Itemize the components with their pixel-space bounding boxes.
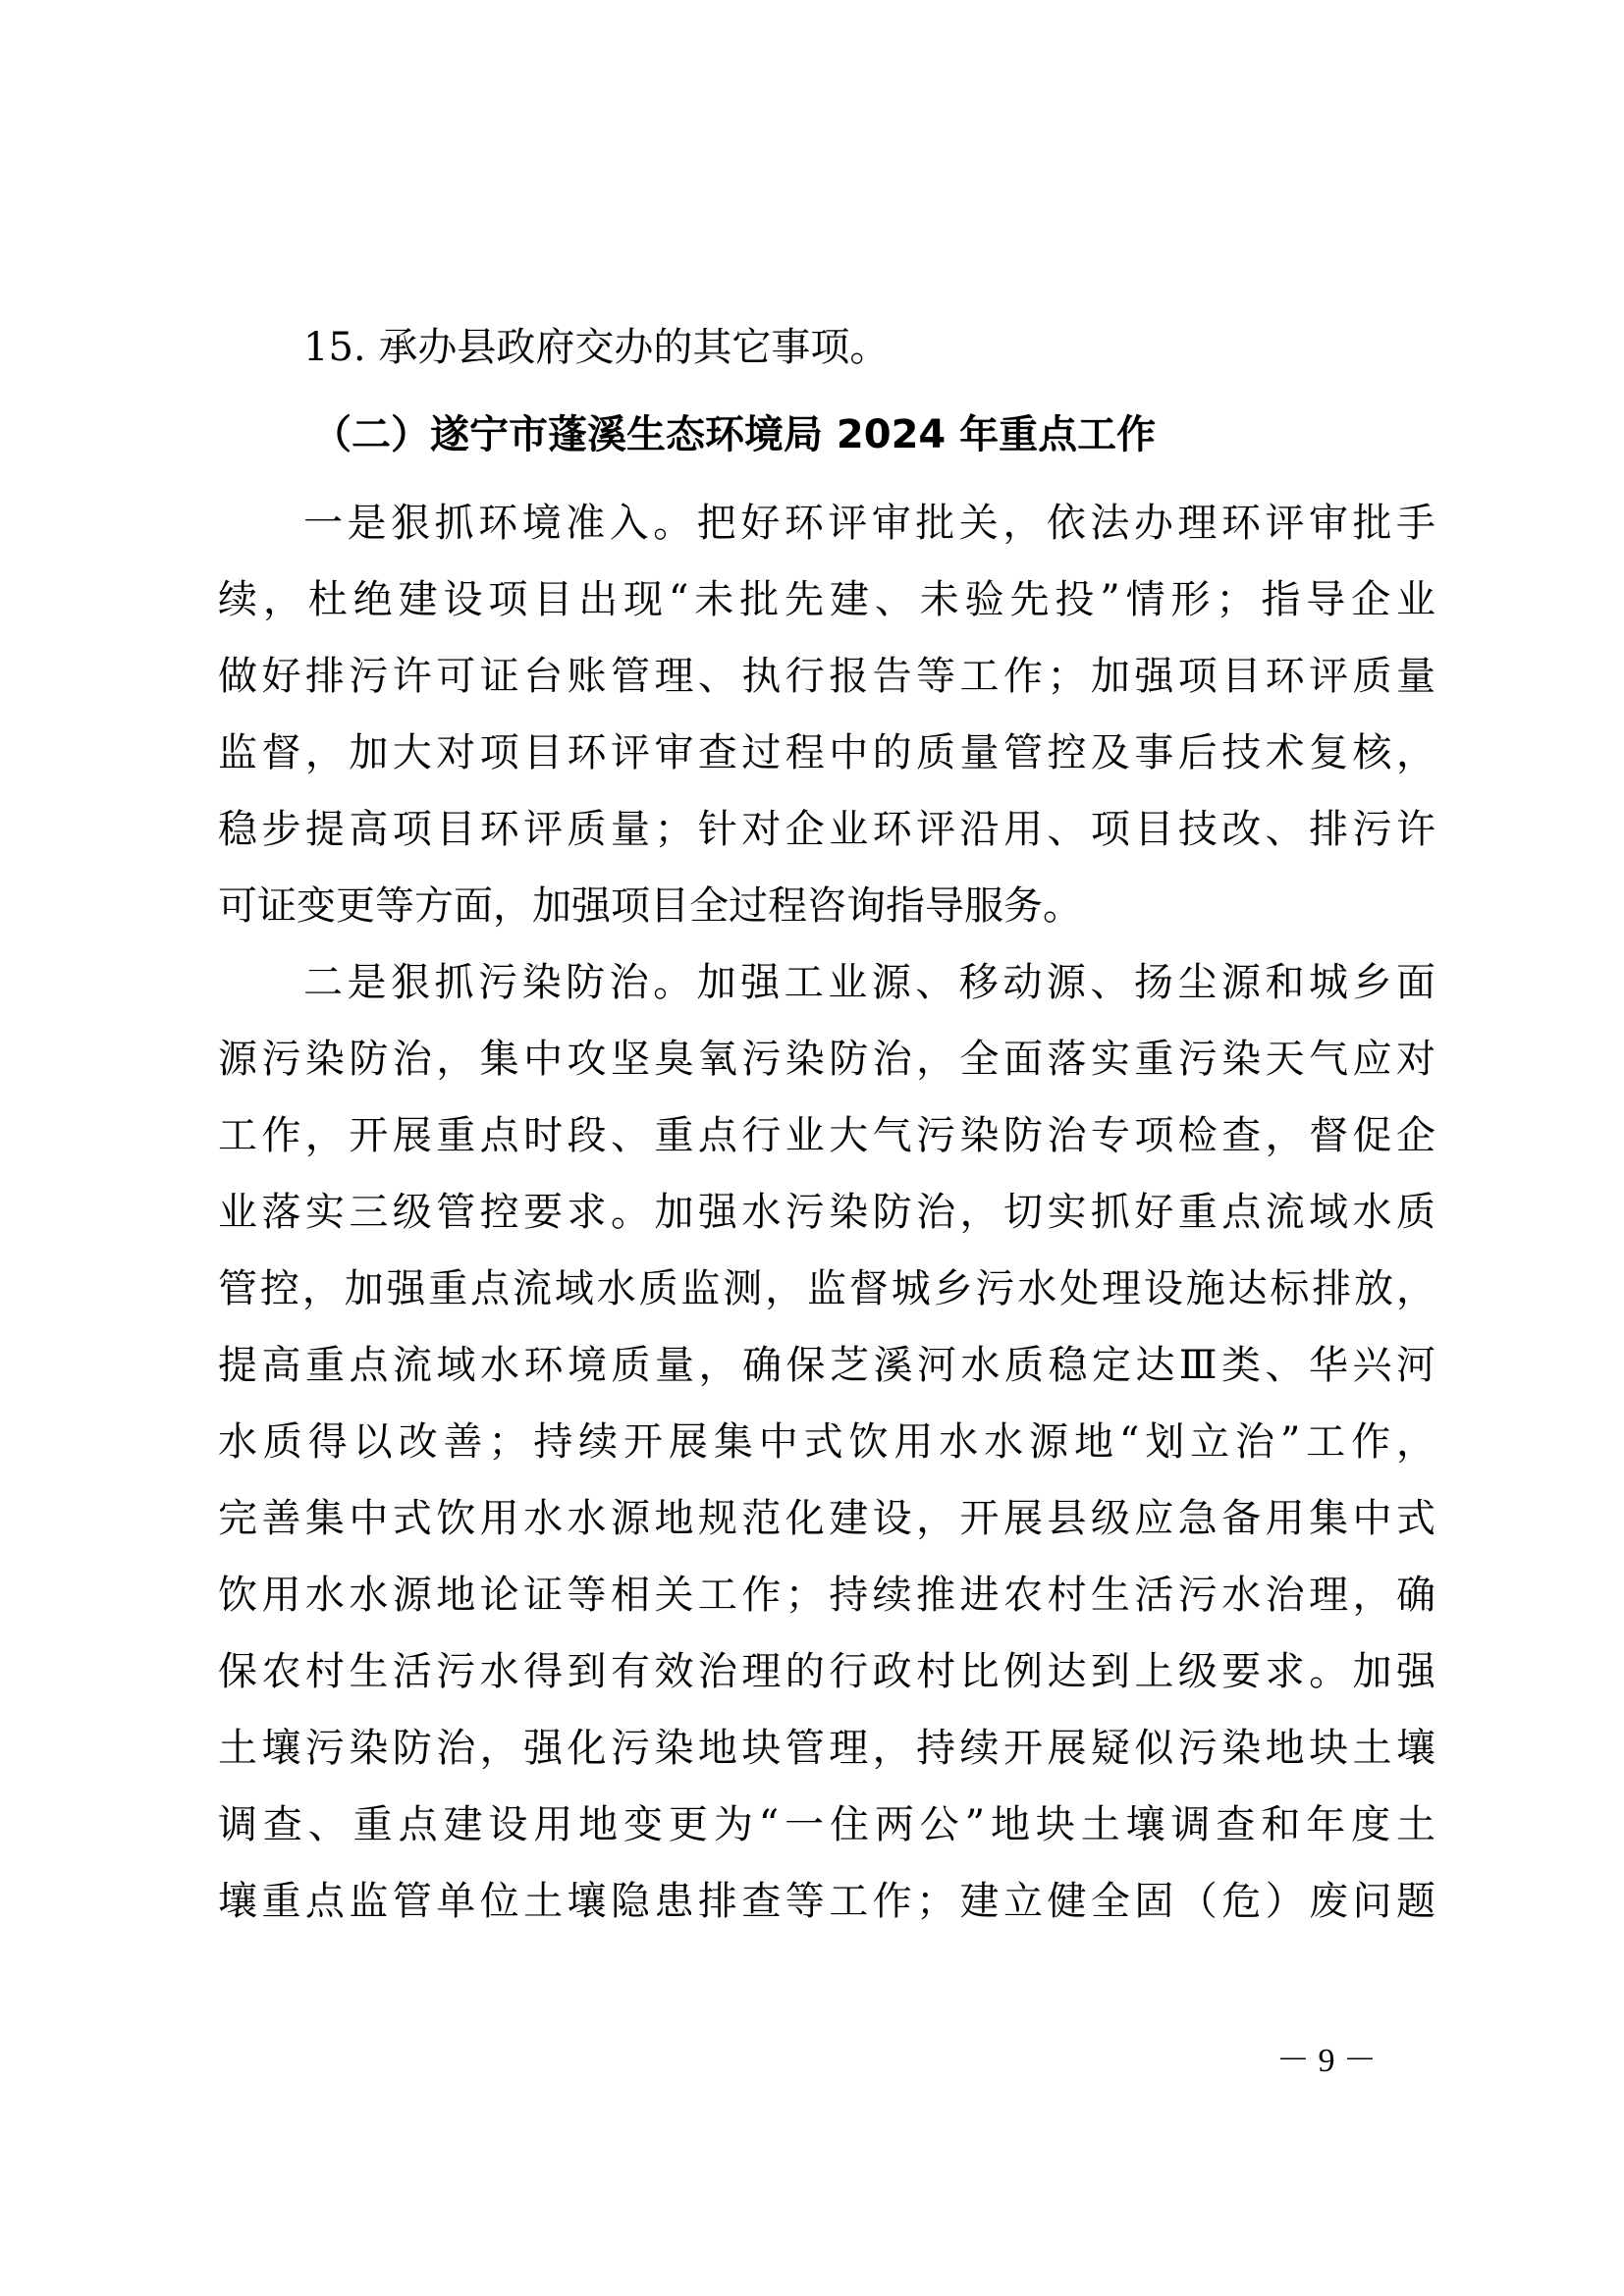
paragraph-line: 土壤污染防治，强化污染地块管理，持续开展疑似污染地块土壤 [218, 1719, 1435, 1778]
paragraph-line: 调查、重点建设用地变更为“一住两公”地块土壤调查和年度土 [218, 1795, 1435, 1854]
document-page: 15. 承办县政府交办的其它事项。 （二）遂宁市蓬溪生态环境局 2024 年重点… [0, 0, 1624, 2296]
paragraph-line: 二是狠抓污染防治。加强工业源、移动源、扬尘源和城乡面 [303, 953, 1435, 1012]
page-number: － 9 － [1276, 2037, 1377, 2086]
paragraph-line: 一是狠抓环境准入。把好环评审批关，依法办理环评审批手 [303, 494, 1435, 553]
paragraph-line: 监督，加大对项目环评审查过程中的质量管控及事后技术复核， [218, 723, 1435, 782]
paragraph-line: 稳步提高项目环评质量；针对企业环评沿用、项目技改、排污许 [218, 800, 1435, 859]
paragraph-line: 壤重点监管单位土壤隐患排查等工作；建立健全固（危）废问题 [218, 1872, 1435, 1931]
paragraph-line: 业落实三级管控要求。加强水污染防治，切实抓好重点流域水质 [218, 1183, 1435, 1242]
paragraph-line: 保农村生活污水得到有效治理的行政村比例达到上级要求。加强 [218, 1642, 1435, 1701]
list-item-15: 15. 承办县政府交办的其它事项。 [303, 318, 889, 377]
paragraph-line: 续，杜绝建设项目出现“未批先建、未验先投”情形；指导企业 [218, 570, 1435, 629]
paragraph-line: 工作，开展重点时段、重点行业大气污染防治专项检查，督促企 [218, 1106, 1435, 1165]
paragraph-line: 饮用水水源地论证等相关工作；持续推进农村生活污水治理，确 [218, 1566, 1435, 1625]
paragraph-line: 做好排污许可证台账管理、执行报告等工作；加强项目环评质量 [218, 647, 1435, 706]
section-heading: （二）遂宁市蓬溪生态环境局 2024 年重点工作 [312, 405, 1156, 464]
paragraph-line: 管控，加强重点流域水质监测，监督城乡污水处理设施达标排放， [218, 1259, 1435, 1318]
paragraph-line: 可证变更等方面，加强项目全过程咨询指导服务。 [218, 877, 1435, 935]
paragraph-line: 完善集中式饮用水水源地规范化建设，开展县级应急备用集中式 [218, 1489, 1435, 1548]
paragraph-line: 水质得以改善；持续开展集中式饮用水水源地“划立治”工作， [218, 1413, 1435, 1471]
paragraph-line: 提高重点流域水环境质量，确保芝溪河水质稳定达Ⅲ类、华兴河 [218, 1336, 1435, 1395]
paragraph-line: 源污染防治，集中攻坚臭氧污染防治，全面落实重污染天气应对 [218, 1030, 1435, 1089]
